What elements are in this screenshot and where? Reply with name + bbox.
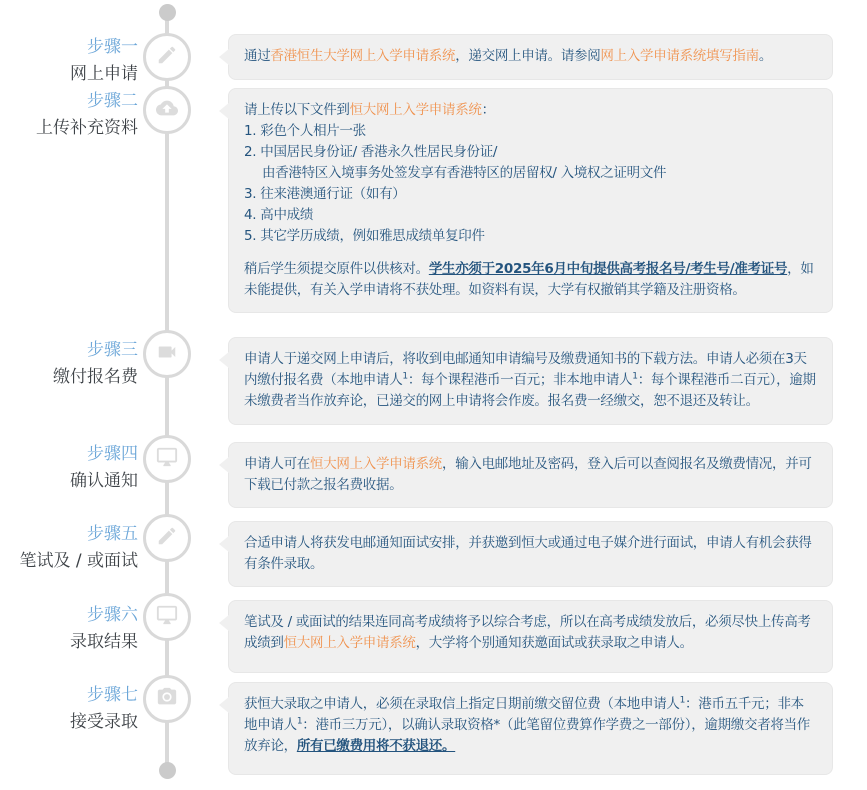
step-title: 网上申请 — [0, 61, 138, 88]
application-guide-link[interactable]: 网上入学申请系统填写指南 — [600, 48, 758, 64]
step-label-6: 步骤六 录取结果 — [0, 602, 138, 656]
step-number: 步骤一 — [0, 34, 138, 61]
step-number: 步骤七 — [0, 682, 138, 709]
step-7-description: 获恒大录取之申请人，必须在录取信上指定日期前缴交留位费（本地申请人1：港币五千元… — [228, 682, 833, 775]
text-segment: 稍后学生须提交原件以供核对。 — [244, 261, 429, 277]
text-segment: ：每个课程港币一百元；非本地申请人 — [408, 372, 632, 388]
step-node-2 — [143, 86, 191, 134]
text-segment: 请上传以下文件到 — [244, 102, 350, 118]
step-1-text: 通过香港恒生大学网上入学申请系统，递交网上申请。请参阅网上入学申请系统填写指南。 — [244, 46, 817, 67]
camera-icon — [156, 686, 178, 712]
step-node-5 — [143, 514, 191, 562]
step-1-description: 通过香港恒生大学网上入学申请系统，递交网上申请。请参阅网上入学申请系统填写指南。 — [228, 34, 833, 80]
emphasized-no-refund-text: 所有已缴费用将不获退还。 — [297, 738, 455, 754]
step-title: 接受录取 — [0, 709, 138, 736]
step-number: 步骤三 — [0, 337, 138, 364]
text-segment: 。 — [759, 48, 772, 64]
step-5-text: 合适申请人将获发电邮通知面试安排，并获邀到恒大或通过电子媒介进行面试，申请人有机… — [244, 533, 817, 575]
step-3-text: 申请人于递交网上申请后，将收到电邮通知申请编号及缴费通知书的下载方法。申请人必须… — [244, 349, 817, 412]
step-number: 步骤六 — [0, 602, 138, 629]
video-camera-icon — [156, 341, 178, 367]
step-label-4: 步骤四 确认通知 — [0, 441, 138, 495]
timeline-start-dot — [159, 4, 176, 21]
text-segment: ： — [482, 102, 495, 118]
step-node-4 — [143, 435, 191, 483]
step-node-7 — [143, 675, 191, 723]
step-label-7: 步骤七 接受录取 — [0, 682, 138, 736]
online-application-system-link[interactable]: 香港恒生大学网上入学申请系统 — [270, 48, 455, 64]
step-7-text: 获恒大录取之申请人，必须在录取信上指定日期前缴交留位费（本地申请人1：港币五千元… — [244, 694, 817, 757]
step-title: 确认通知 — [0, 468, 138, 495]
emphasized-deadline-text: 学生亦须于2025年6月中旬提供高考报名号/考生号/准考证号 — [429, 261, 787, 277]
text-segment: 申请人可在 — [244, 456, 310, 472]
step-node-3 — [143, 330, 191, 378]
step-6-text: 笔试及 / 或面试的结果连同高考成绩将予以综合考虑，所以在高考成绩发放后，必须尽… — [244, 612, 817, 654]
step-title: 录取结果 — [0, 629, 138, 656]
step-node-1 — [143, 33, 191, 81]
step-label-2: 步骤二 上传补充资料 — [0, 88, 138, 142]
step-4-description: 申请人可在恒大网上入学申请系统，输入电邮地址及密码，登入后可以查阅报名及缴费情况… — [228, 442, 833, 508]
cloud-upload-icon — [156, 97, 178, 123]
monitor-icon — [156, 604, 178, 630]
step-2-description: 请上传以下文件到恒大网上入学申请系统： 1. 彩色个人相片一张 2. 中国居民身… — [228, 88, 833, 313]
timeline-end-dot — [159, 762, 176, 779]
pencil-icon — [156, 44, 178, 70]
monitor-icon — [156, 446, 178, 472]
document-list-item: 4. 高中成绩 — [244, 205, 817, 226]
document-list-item: 5. 其它学历成绩，例如雅思成绩单复印件 — [244, 226, 817, 247]
text-segment: 通过 — [244, 48, 270, 64]
step-3-description: 申请人于递交网上申请后，将收到电邮通知申请编号及缴费通知书的下载方法。申请人必须… — [228, 337, 833, 425]
step-title: 缴付报名费 — [0, 364, 138, 391]
document-list-item-continuation: 由香港特区入境事务处签发享有香港特区的居留权/ 入境权之证明文件 — [244, 163, 817, 184]
document-list-item: 3. 往来港澳通行证（如有） — [244, 184, 817, 205]
hsu-application-system-link[interactable]: 恒大网上入学申请系统 — [284, 635, 416, 651]
pencil-icon — [156, 525, 178, 551]
step-label-3: 步骤三 缴付报名费 — [0, 337, 138, 391]
step-number: 步骤五 — [0, 521, 138, 548]
step-4-text: 申请人可在恒大网上入学申请系统，输入电邮地址及密码，登入后可以查阅报名及缴费情况… — [244, 454, 817, 496]
text-segment: 获恒大录取之申请人，必须在录取信上指定日期前缴交留位费（本地申请人 — [244, 696, 680, 712]
step-node-6 — [143, 593, 191, 641]
hsu-application-system-link[interactable]: 恒大网上入学申请系统 — [350, 102, 482, 118]
step-6-description: 笔试及 / 或面试的结果连同高考成绩将予以综合考虑，所以在高考成绩发放后，必须尽… — [228, 600, 833, 673]
step-title: 笔试及 / 或面试 — [0, 548, 138, 575]
step-title: 上传补充资料 — [0, 115, 138, 142]
step-label-1: 步骤一 网上申请 — [0, 34, 138, 88]
step-number: 步骤四 — [0, 441, 138, 468]
step-number: 步骤二 — [0, 88, 138, 115]
step-label-5: 步骤五 笔试及 / 或面试 — [0, 521, 138, 575]
document-list-item: 1. 彩色个人相片一张 — [244, 121, 817, 142]
text-segment: ，大学将个别通知获邀面试或获录取之申请人。 — [416, 635, 693, 651]
application-steps-timeline: 步骤一 网上申请 步骤二 上传补充资料 步骤三 缴付报名费 步骤四 确认通知 步… — [0, 0, 867, 790]
hsu-application-system-link[interactable]: 恒大网上入学申请系统 — [310, 456, 442, 472]
text-segment: ，递交网上申请。请参阅 — [455, 48, 600, 64]
document-list-item: 2. 中国居民身份证/ 香港永久性居民身份证/ — [244, 142, 817, 163]
verification-note: 稍后学生须提交原件以供核对。学生亦须于2025年6月中旬提供高考报名号/考生号/… — [244, 259, 817, 301]
upload-intro: 请上传以下文件到恒大网上入学申请系统： — [244, 100, 817, 121]
step-5-description: 合适申请人将获发电邮通知面试安排，并获邀到恒大或通过电子媒介进行面试，申请人有机… — [228, 521, 833, 587]
